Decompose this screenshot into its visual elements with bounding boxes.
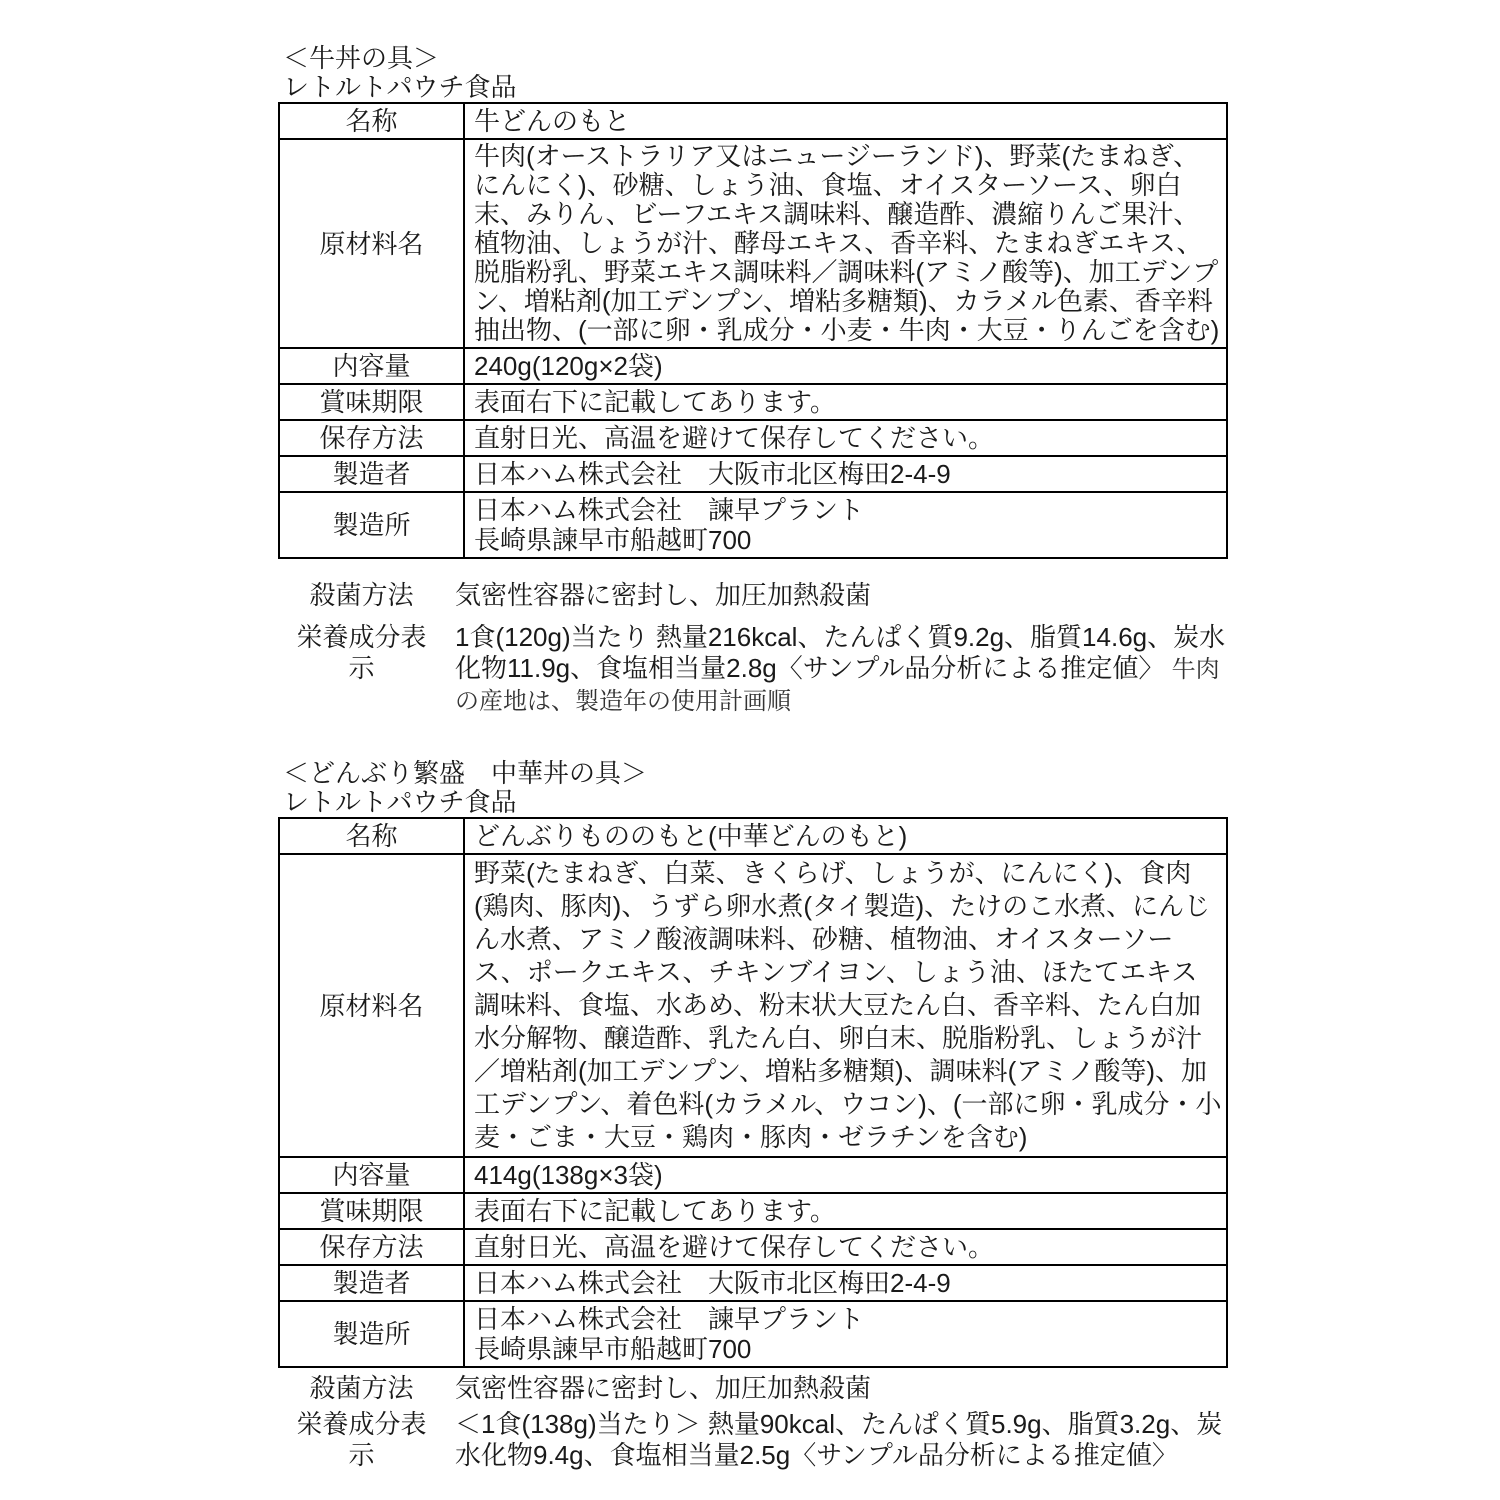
row-label: 製造所 [279, 492, 464, 558]
row-value: 414g(138g×3袋) [464, 1157, 1227, 1193]
plant-name-line: 日本ハム株式会社 諫早プラント [474, 495, 1222, 525]
row-label: 製造者 [279, 456, 464, 492]
row-label: 賞味期限 [279, 384, 464, 420]
plant-address-line: 長崎県諫早市船越町700 [474, 1334, 1222, 1364]
nutrition-value: 1食(120g)当たり 熱量216kcal、たんぱく質9.2g、脂質14.6g、… [455, 622, 1228, 717]
row-label: 製造所 [279, 1301, 464, 1367]
row-label: 原材料名 [279, 139, 464, 348]
table-row-net-content: 内容量 414g(138g×3袋) [279, 1157, 1227, 1193]
row-value: どんぶりもののもと(中華どんのもと) [464, 818, 1227, 854]
row-label: 賞味期限 [279, 1193, 464, 1229]
row-label: 原材料名 [279, 854, 464, 1157]
row-value: 240g(120g×2袋) [464, 348, 1227, 384]
section-subtitle: レトルトパウチ食品 [283, 788, 1228, 817]
sterilization-label: 殺菌方法 [278, 1373, 445, 1404]
row-value: 牛どんのもと [464, 103, 1227, 139]
document-content: ＜牛丼の具＞ レトルトパウチ食品 名称 牛どんのもと 原材料名 牛肉(オーストラ… [278, 44, 1228, 1471]
nutrition-value: ＜1食(138g)当たり＞ 熱量90kcal、たんぱく質5.9g、脂質3.2g、… [455, 1409, 1228, 1471]
table-row-net-content: 内容量 240g(120g×2袋) [279, 348, 1227, 384]
nutrition-facts-text: ＜1食(138g)当たり＞ 熱量90kcal、たんぱく質5.9g、脂質3.2g、… [455, 1409, 1222, 1470]
row-value: 日本ハム株式会社 大阪市北区梅田2-4-9 [464, 456, 1227, 492]
table-row-plant: 製造所 日本ハム株式会社 諫早プラント 長崎県諫早市船越町700 [279, 1301, 1227, 1367]
nutrition-row: 栄養成分表示 1食(120g)当たり 熱量216kcal、たんぱく質9.2g、脂… [278, 622, 1228, 717]
spec-table-gyudon: 名称 牛どんのもと 原材料名 牛肉(オーストラリア又はニュージーランド)、野菜(… [278, 102, 1228, 559]
table-row-best-before: 賞味期限 表面右下に記載してあります。 [279, 384, 1227, 420]
table-row-manufacturer: 製造者 日本ハム株式会社 大阪市北区梅田2-4-9 [279, 456, 1227, 492]
table-row-manufacturer: 製造者 日本ハム株式会社 大阪市北区梅田2-4-9 [279, 1265, 1227, 1301]
row-value: 野菜(たまねぎ、白菜、きくらげ、しょうが、にんにく)、食肉(鶏肉、豚肉)、うずら… [464, 854, 1227, 1157]
sterilization-label: 殺菌方法 [278, 580, 445, 611]
row-label: 保存方法 [279, 420, 464, 456]
row-value: 日本ハム株式会社 諫早プラント 長崎県諫早市船越町700 [464, 492, 1227, 558]
table-row-storage: 保存方法 直射日光、高温を避けて保存してください。 [279, 1229, 1227, 1265]
row-value: 表面右下に記載してあります。 [464, 384, 1227, 420]
row-value: 日本ハム株式会社 諫早プラント 長崎県諫早市船越町700 [464, 1301, 1227, 1367]
section-subtitle: レトルトパウチ食品 [283, 73, 1228, 102]
row-label: 内容量 [279, 1157, 464, 1193]
section-title: ＜牛丼の具＞ [283, 44, 1228, 73]
sterilization-value: 気密性容器に密封し、加圧加熱殺菌 [455, 1373, 1228, 1404]
nutrition-label: 栄養成分表示 [278, 622, 445, 684]
row-value: 日本ハム株式会社 大阪市北区梅田2-4-9 [464, 1265, 1227, 1301]
table-row-ingredients: 原材料名 牛肉(オーストラリア又はニュージーランド)、野菜(たまねぎ、にんにく)… [279, 139, 1227, 348]
spec-table-chukadon: 名称 どんぶりもののもと(中華どんのもと) 原材料名 野菜(たまねぎ、白菜、きく… [278, 817, 1228, 1368]
sterilization-value: 気密性容器に密封し、加圧加熱殺菌 [455, 580, 1228, 611]
row-label: 製造者 [279, 1265, 464, 1301]
row-label: 保存方法 [279, 1229, 464, 1265]
document-page: ＜牛丼の具＞ レトルトパウチ食品 名称 牛どんのもと 原材料名 牛肉(オーストラ… [0, 0, 1500, 1500]
table-row-best-before: 賞味期限 表面右下に記載してあります。 [279, 1193, 1227, 1229]
product-section-chukadon: ＜どんぶり繁盛 中華丼の具＞ レトルトパウチ食品 名称 どんぶりもののもと(中華… [278, 759, 1228, 1471]
table-row-storage: 保存方法 直射日光、高温を避けて保存してください。 [279, 420, 1227, 456]
plant-name-line: 日本ハム株式会社 諫早プラント [474, 1304, 1222, 1334]
nutrition-label: 栄養成分表示 [278, 1409, 445, 1471]
row-label: 名称 [279, 818, 464, 854]
row-value: 直射日光、高温を避けて保存してください。 [464, 1229, 1227, 1265]
product-section-gyudon: ＜牛丼の具＞ レトルトパウチ食品 名称 牛どんのもと 原材料名 牛肉(オーストラ… [278, 44, 1228, 717]
table-row-ingredients: 原材料名 野菜(たまねぎ、白菜、きくらげ、しょうが、にんにく)、食肉(鶏肉、豚肉… [279, 854, 1227, 1157]
nutrition-facts-text: 1食(120g)当たり 熱量216kcal、たんぱく質9.2g、脂質14.6g、… [455, 622, 1225, 683]
sterilization-row: 殺菌方法 気密性容器に密封し、加圧加熱殺菌 [278, 1373, 1228, 1404]
table-row-plant: 製造所 日本ハム株式会社 諫早プラント 長崎県諫早市船越町700 [279, 492, 1227, 558]
row-value: 表面右下に記載してあります。 [464, 1193, 1227, 1229]
section-title: ＜どんぶり繁盛 中華丼の具＞ [283, 759, 1228, 788]
table-row-name: 名称 牛どんのもと [279, 103, 1227, 139]
row-value: 牛肉(オーストラリア又はニュージーランド)、野菜(たまねぎ、にんにく)、砂糖、し… [464, 139, 1227, 348]
row-label: 内容量 [279, 348, 464, 384]
row-value: 直射日光、高温を避けて保存してください。 [464, 420, 1227, 456]
table-row-name: 名称 どんぶりもののもと(中華どんのもと) [279, 818, 1227, 854]
sterilization-row: 殺菌方法 気密性容器に密封し、加圧加熱殺菌 [278, 580, 1228, 611]
row-label: 名称 [279, 103, 464, 139]
plant-address-line: 長崎県諫早市船越町700 [474, 525, 1222, 555]
nutrition-row: 栄養成分表示 ＜1食(138g)当たり＞ 熱量90kcal、たんぱく質5.9g、… [278, 1409, 1228, 1471]
